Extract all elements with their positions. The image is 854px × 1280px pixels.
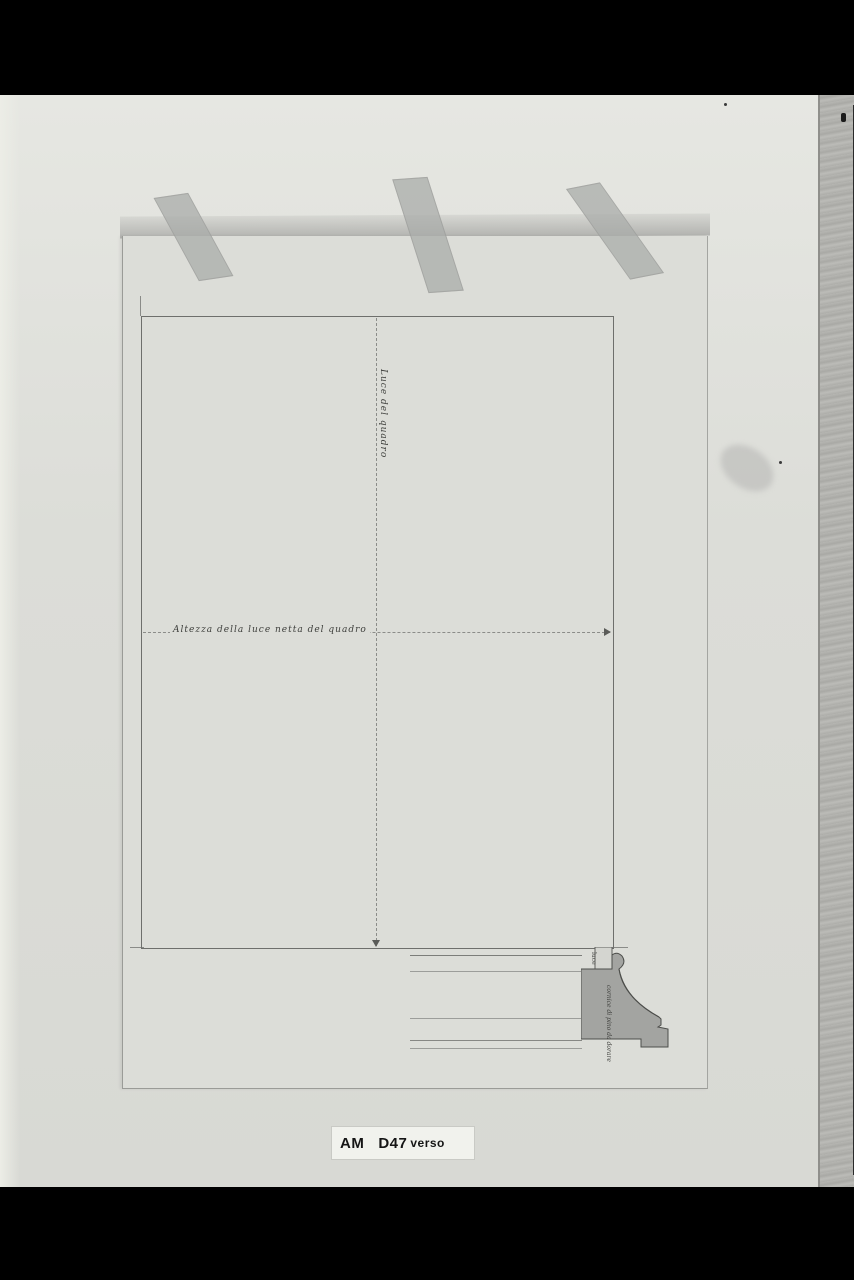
profile-projection-line <box>410 955 582 956</box>
horizontal-dimension-label: Altezza della luce netta del quadro <box>170 625 370 635</box>
profile-projection-line <box>410 1048 582 1049</box>
profile-annotation: cornice di pino da dorare <box>605 985 612 1062</box>
profile-projection-line <box>410 971 582 972</box>
vertical-dimension-label: Luce del quadro <box>378 366 388 461</box>
profile-projection-line <box>410 1018 582 1019</box>
arrow-right-icon <box>604 628 611 636</box>
arrow-down-icon <box>372 940 380 947</box>
dust-mark <box>779 461 782 464</box>
profile-projection-line <box>410 1040 582 1041</box>
pin-icon <box>841 113 846 122</box>
archive-number: D47 <box>378 1135 407 1152</box>
wooden-edge-strip <box>818 95 854 1187</box>
profile-side-annotation: luce <box>590 952 597 965</box>
archive-label: AM D47 verso <box>331 1126 475 1160</box>
board-light-edge <box>0 95 20 1187</box>
archive-collection: AM <box>340 1135 364 1152</box>
archive-side: verso <box>410 1136 445 1150</box>
construction-line <box>140 296 141 316</box>
dust-mark <box>724 103 727 106</box>
